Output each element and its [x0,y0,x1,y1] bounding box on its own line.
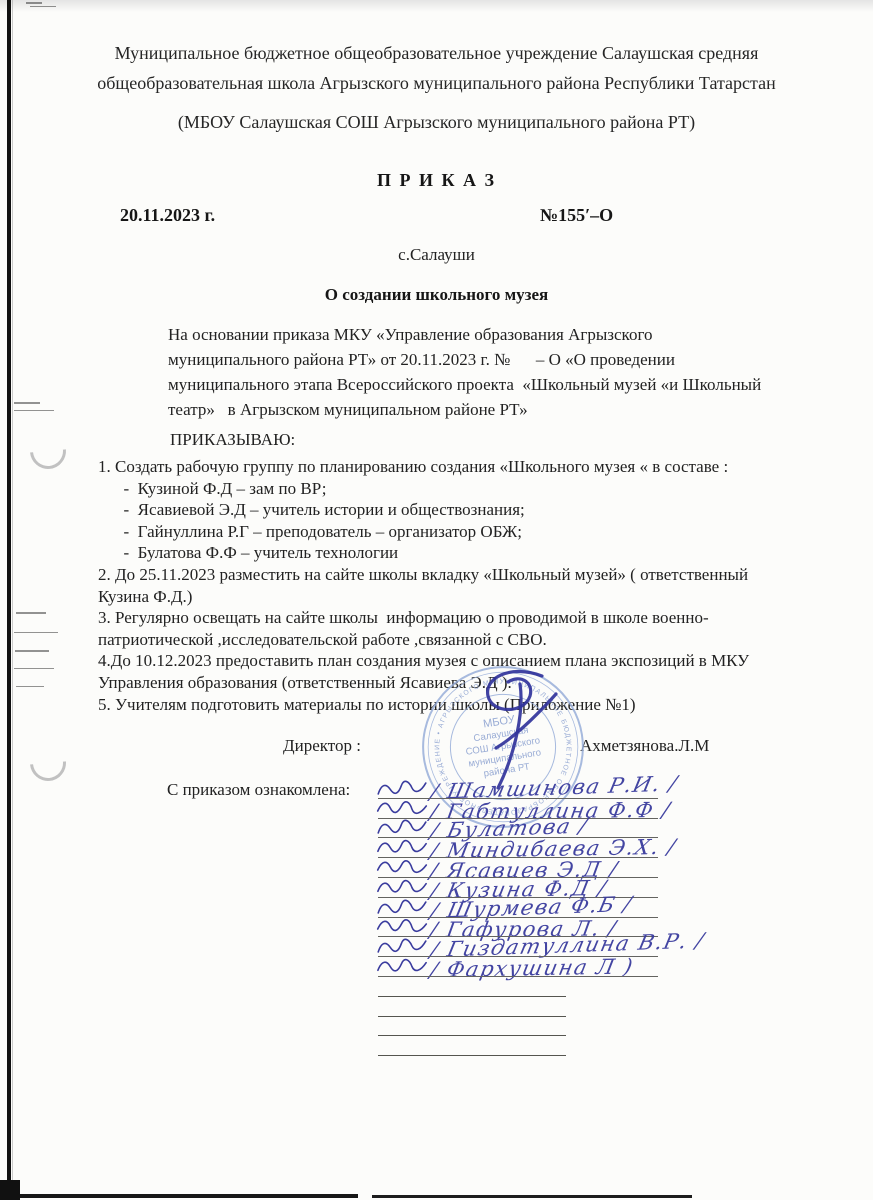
signature-rows: / Шамшинова Р.И. / / Габтуллина Ф.Ф / / … [378,779,798,1056]
signature-row: / Шурмева Ф.Б / [378,898,798,918]
director-signature-icon [458,664,570,792]
signature-scribble-icon [376,857,429,879]
scan-noise [14,668,54,669]
hole-punch-mark [23,426,74,477]
director-label: Директор : [283,736,361,756]
header-line: общеобразовательная школа Агрызского мун… [40,68,833,98]
scan-noise [16,612,46,614]
scan-noise [16,686,44,687]
order-line: - Гайнуллина Р.Г – преподователь – орган… [98,521,749,543]
basis-line: муниципального этапа Всероссийского прое… [168,372,761,397]
signature-row: / Миндибаева Э.Х. / [378,838,798,858]
header-line: Муниципальное бюджетное общеобразователь… [40,38,833,68]
document-subject: О создании школьного музея [0,285,873,305]
scan-noise [26,2,42,4]
order-line: 3. Регулярно освещать на сайте школы инф… [98,607,749,629]
order-line: - Кузиной Ф.Д – зам по ВР; [98,478,749,500]
signature-row [378,997,798,1017]
order-line: Кузина Ф.Д.) [98,586,749,608]
acknowledgment-label: С приказом ознакомлена: [167,780,350,800]
document-number: №155′–О [540,205,613,226]
scanned-document-page: Муниципальное бюджетное общеобразователь… [0,0,873,1200]
signature-scribble-icon [375,896,428,919]
header-line: (МБОУ Салаушская СОШ Агрызского муниципа… [40,107,833,137]
signature-row: / Фархушина Л ) [378,957,798,977]
signature-scribble-icon [376,838,428,857]
order-line: - Ясавиевой Э.Д – учитель истории и обще… [98,499,749,521]
order-line: - Булатова Ф.Ф – учитель технологии [98,542,749,564]
basis-line: театр» в Агрызском муниципальном районе … [168,397,761,422]
scan-noise [14,410,54,411]
scan-noise [30,6,56,7]
signature-scribble-icon [376,916,429,938]
signature-scribble-icon [376,957,428,976]
order-line: 2. До 25.11.2023 разместить на сайте шко… [98,564,749,586]
scan-noise [15,650,49,652]
signature-row: / Шамшинова Р.И. / [378,779,798,799]
scan-corner-blob [0,1180,20,1200]
signature-row [378,1036,798,1056]
document-header: Муниципальное бюджетное общеобразователь… [40,38,833,137]
scan-edge-bottom [372,1195,692,1198]
document-title: П Р И К А З [0,170,873,191]
signature-row: / Ясавиев Э.Д / [378,858,798,878]
signature-row [378,977,798,997]
order-line: 1. Создать рабочую группу по планировани… [98,456,749,478]
scan-edge-bottom [18,1194,358,1198]
signature-scribble-icon [375,935,428,958]
basis-paragraph: На основании приказа МКУ «Управление обр… [168,322,761,422]
signature-row [378,1017,798,1037]
document-date: 20.11.2023 г. [120,205,215,226]
signature-scribble-icon [375,817,428,840]
scan-noise [14,632,58,633]
resolution-word: ПРИКАЗЫВАЮ: [170,430,295,450]
scan-noise [14,402,40,404]
signature-scribble-icon [376,878,428,897]
basis-line: На основании приказа МКУ «Управление обр… [168,322,761,347]
order-line: патриотической ,исследовательской работе… [98,629,749,651]
director-name: Ахметзянова.Л.М [580,736,709,756]
hole-punch-mark [23,738,74,789]
basis-line: муниципального района РТ» от 20.11.2023 … [168,347,761,372]
document-place: с.Салауши [0,245,873,265]
signature-scribble-icon [375,777,428,800]
signature-row: / Гиздатуллина В.Р. / [378,937,798,957]
